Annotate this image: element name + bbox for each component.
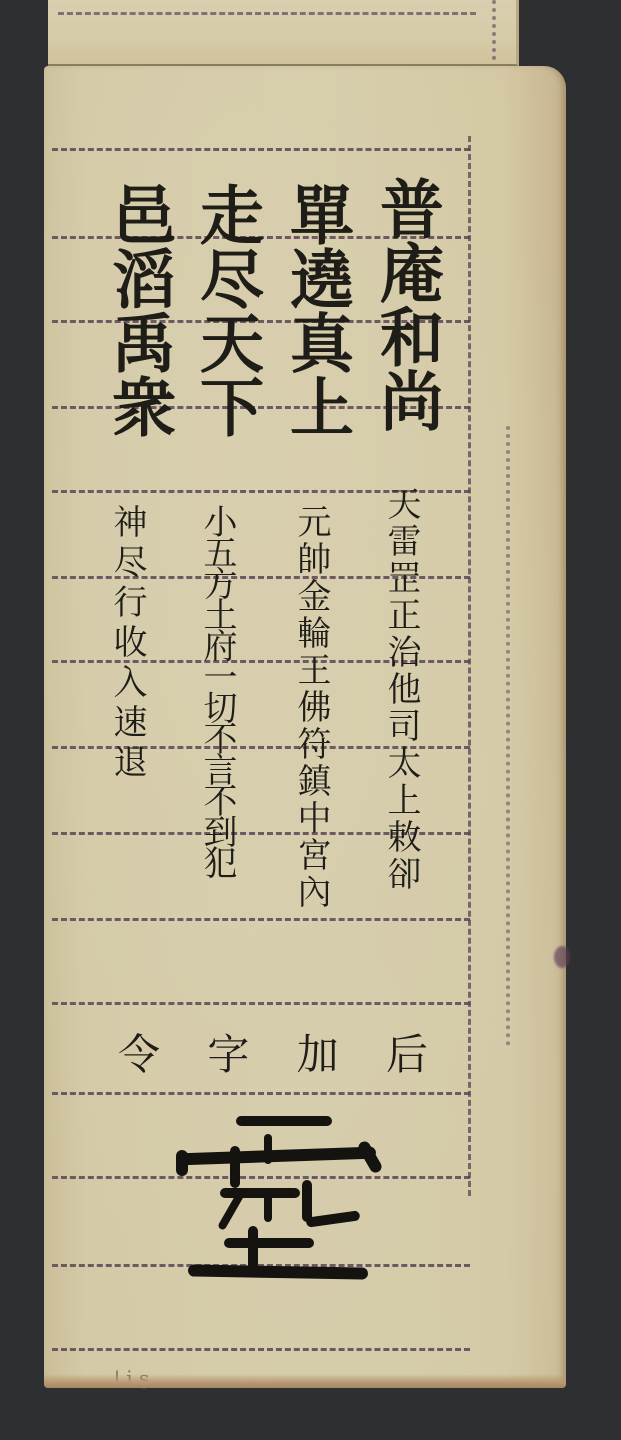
glyph-stroke <box>302 1180 312 1222</box>
column-top-3: 走尽天下 <box>194 182 258 438</box>
glyph-stroke <box>188 1264 368 1279</box>
instruction-row: 后 加 字 令 <box>118 1022 428 1082</box>
rule-line <box>52 1002 470 1005</box>
glyph-stroke <box>176 1147 376 1166</box>
instruction-char: 加 <box>297 1022 339 1082</box>
instruction-char: 后 <box>386 1022 428 1082</box>
glyph-stroke <box>220 1188 300 1198</box>
glyph-stroke <box>264 1134 272 1164</box>
glyph-stroke <box>224 1238 314 1248</box>
rule-line <box>52 918 470 921</box>
frame-border-line <box>468 136 471 1196</box>
glyph-stroke <box>306 1210 361 1227</box>
column-top-4: 邑滔禹衆 <box>106 182 170 438</box>
page-bottom-edge <box>44 1374 566 1388</box>
column-middle-3: 小五方土府一切不言不到犯 <box>200 504 234 876</box>
glyph-stroke <box>230 1146 240 1188</box>
ink-stain <box>554 946 570 968</box>
talisman-glyph <box>168 1110 398 1270</box>
instruction-char: 字 <box>207 1022 249 1082</box>
rule-line <box>52 1348 470 1351</box>
column-top-1: 普庵和尚 <box>374 176 438 432</box>
glyph-stroke <box>264 1192 272 1222</box>
column-top-2: 單遶真上 <box>284 182 348 438</box>
glyph-stroke <box>236 1116 332 1126</box>
previous-page-strip <box>48 0 519 66</box>
previous-page-rule-line <box>58 12 476 15</box>
instruction-char: 令 <box>118 1022 160 1082</box>
outer-border-line <box>506 426 510 1046</box>
column-middle-4: 神尽行收入速退 <box>110 504 144 784</box>
column-middle-2: 元帥金輪王佛符鎮中宮內 <box>294 504 328 911</box>
manuscript-page: 普庵和尚 單遶真上 走尽天下 邑滔禹衆 天雷罡正治他司太上敕卻 元帥金輪王佛符鎮… <box>44 66 566 1388</box>
column-middle-1: 天雷罡正治他司太上敕卻 <box>384 486 418 893</box>
rule-line <box>52 1092 470 1095</box>
rule-line <box>52 148 470 151</box>
previous-page-border-line <box>492 0 496 60</box>
glyph-stroke <box>176 1150 188 1176</box>
